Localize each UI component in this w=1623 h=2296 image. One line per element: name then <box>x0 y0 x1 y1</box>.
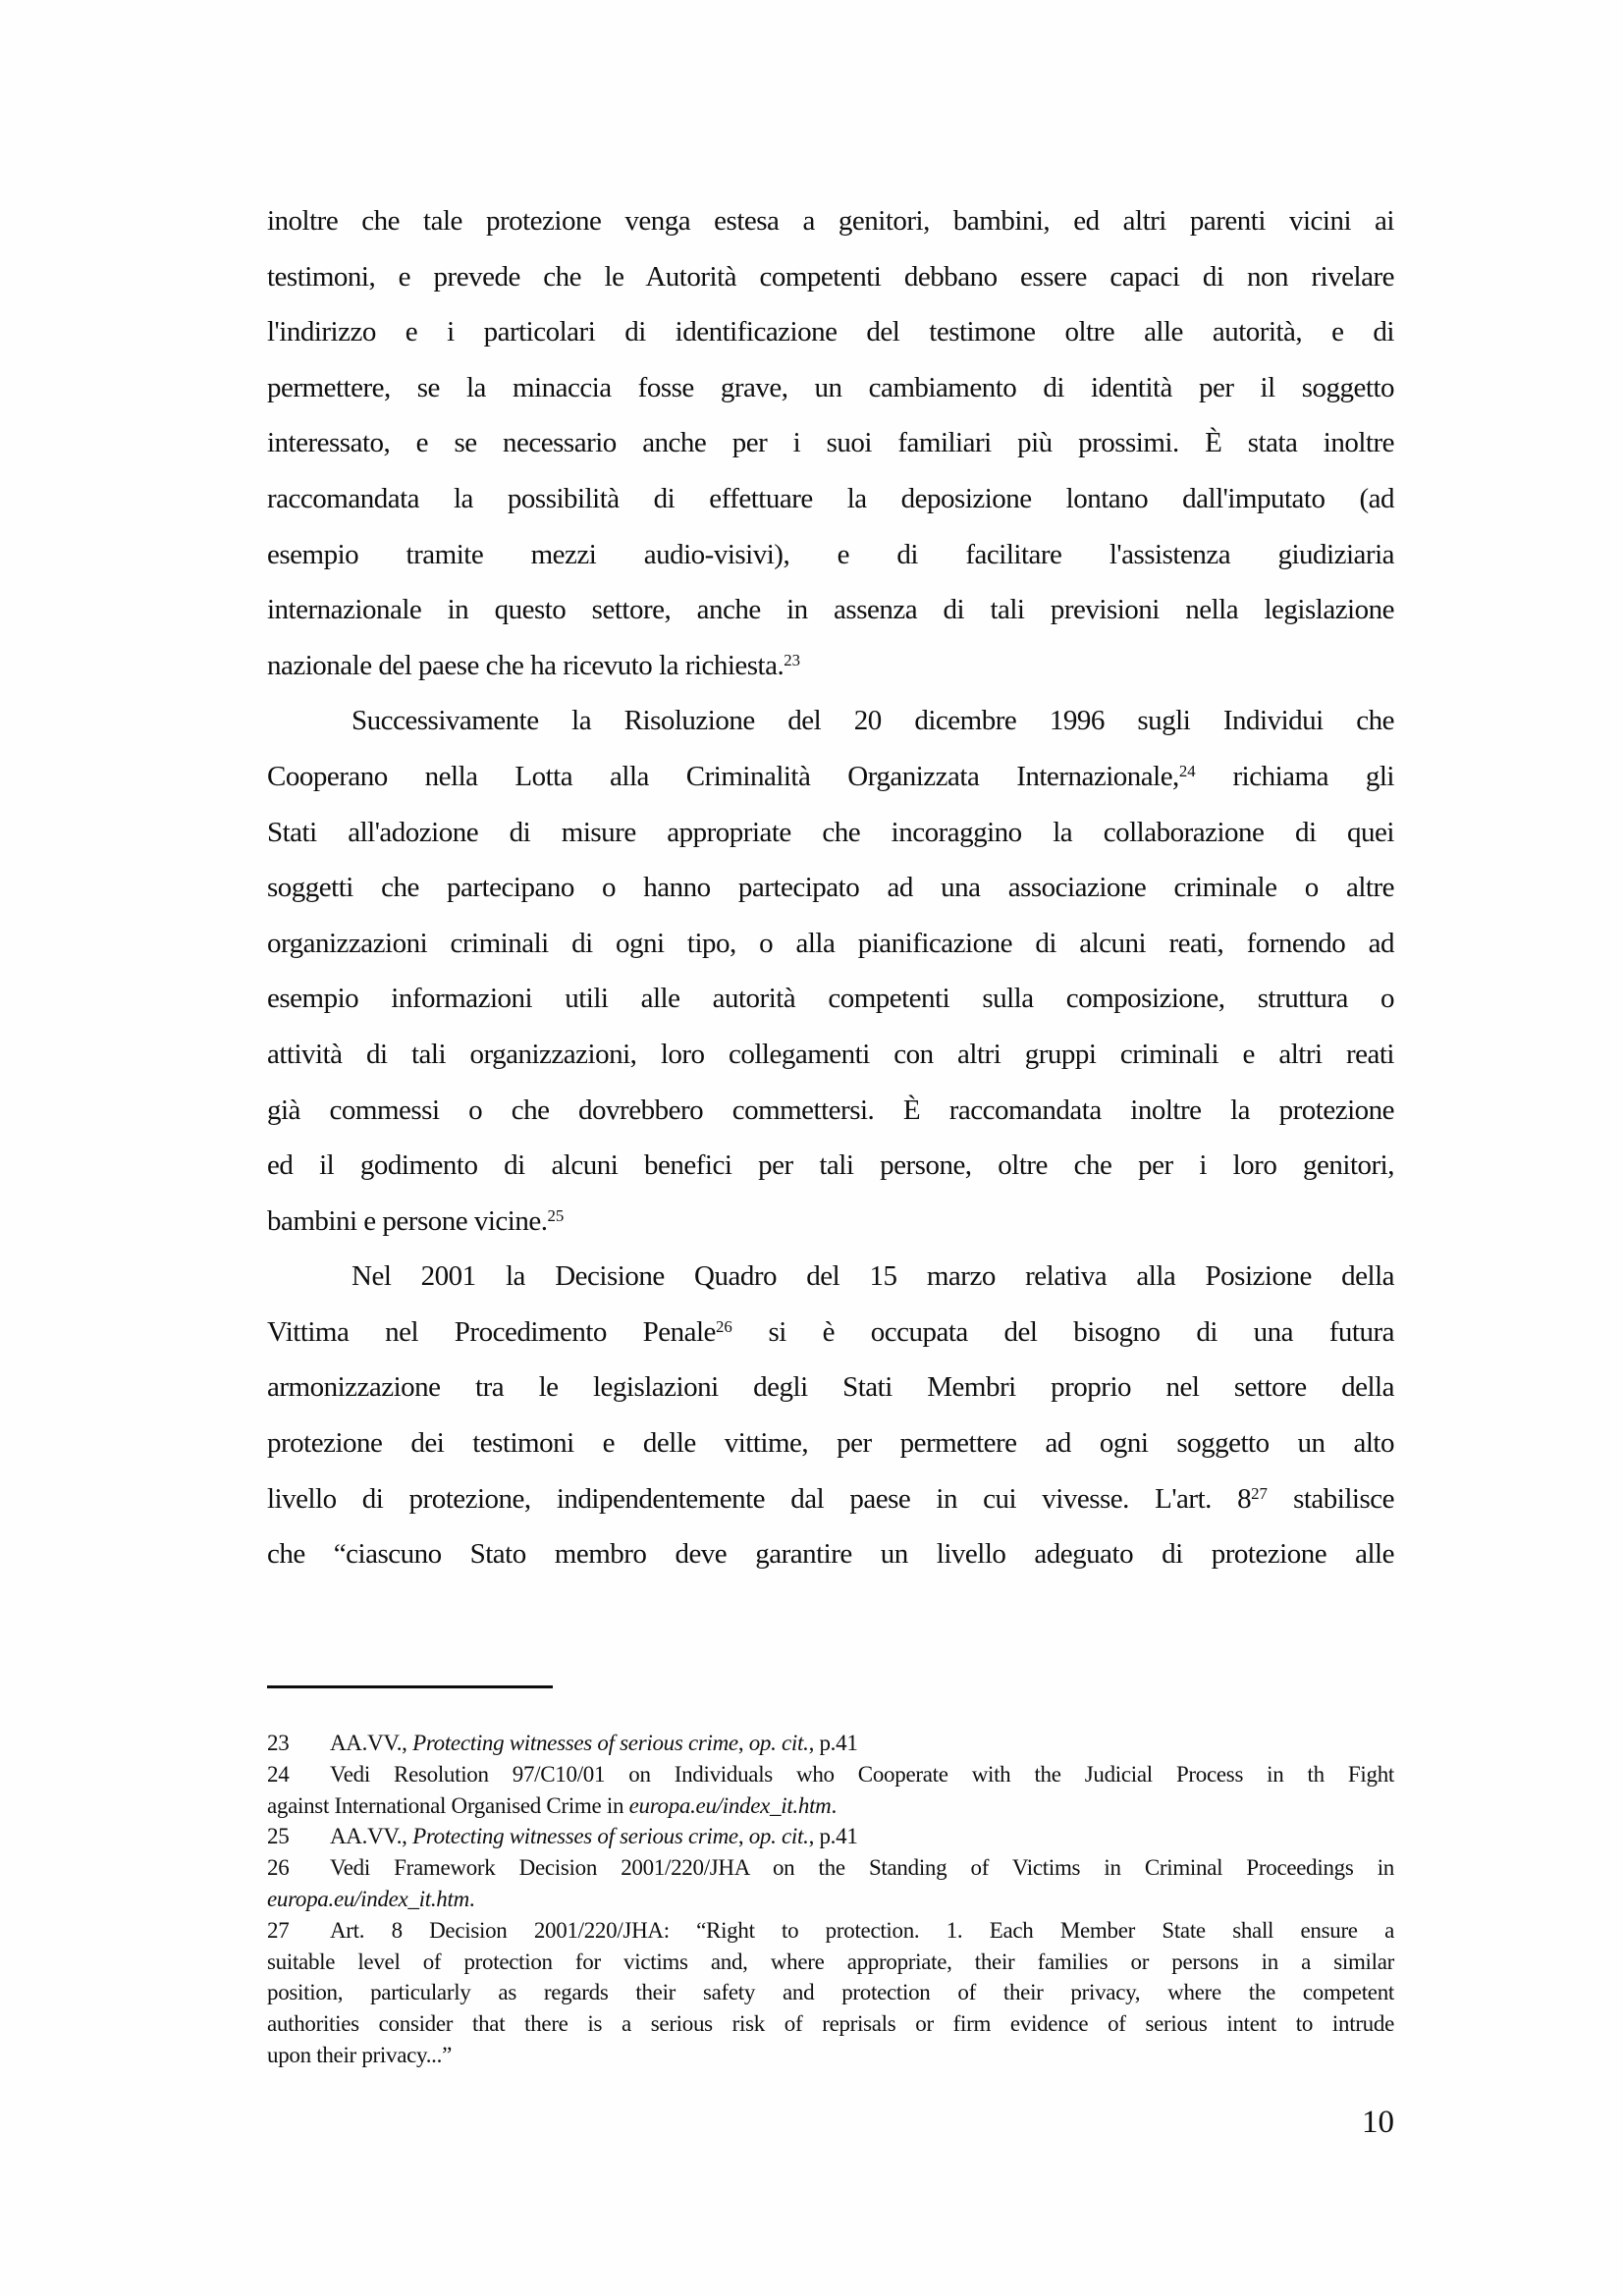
footnote-number: 24 <box>267 1759 330 1790</box>
footnote-line: against International Organised Crime in… <box>267 1790 1394 1822</box>
italic-text: Protecting witnesses of serious crime <box>412 1824 738 1848</box>
text-line: l'indirizzo e i particolari di identific… <box>267 304 1394 360</box>
text-line: Nel 2001 la Decisione Quadro del 15 marz… <box>267 1249 1394 1305</box>
footnote-line: europa.eu/index_it.htm. <box>267 1884 1394 1915</box>
italic-text: Protecting witnesses of serious crime <box>412 1731 738 1755</box>
text-line: armonizzazione tra le legislazioni degli… <box>267 1360 1394 1415</box>
footnote-line: suitable level of protection for victims… <box>267 1947 1394 1978</box>
text-line: soggetti che partecipano o hanno parteci… <box>267 860 1394 916</box>
footnote-reference: 23 <box>784 651 800 669</box>
footnote-line: authorities consider that there is a ser… <box>267 2008 1394 2040</box>
paragraph-1: inoltre che tale protezione venga estesa… <box>267 193 1394 693</box>
footnote-separator <box>267 1685 553 1688</box>
text-line: nazionale del paese che ha ricevuto la r… <box>267 638 1394 694</box>
footnote-line: 26Vedi Framework Decision 2001/220/JHA o… <box>267 1852 1394 1884</box>
text-line: Cooperano nella Lotta alla Criminalità O… <box>267 749 1394 805</box>
text-line: attività di tali organizzazioni, loro co… <box>267 1027 1394 1083</box>
text-line: permettere, se la minaccia fosse grave, … <box>267 360 1394 416</box>
footnote-26: 26Vedi Framework Decision 2001/220/JHA o… <box>267 1852 1394 1915</box>
paragraph-3: Nel 2001 la Decisione Quadro del 15 marz… <box>267 1249 1394 1582</box>
footnote-line: 27Art. 8 Decision 2001/220/JHA: “Right t… <box>267 1915 1394 1947</box>
footnote-number: 26 <box>267 1852 330 1884</box>
text-line: Vittima nel Procedimento Penale26 si è o… <box>267 1305 1394 1361</box>
text-line: protezione dei testimoni e delle vittime… <box>267 1415 1394 1471</box>
footnote-line: 24Vedi Resolution 97/C10/01 on Individua… <box>267 1759 1394 1790</box>
text-line: inoltre che tale protezione venga estesa… <box>267 193 1394 249</box>
text-line: Successivamente la Risoluzione del 20 di… <box>267 693 1394 749</box>
footnote-line: 25AA.VV., Protecting witnesses of seriou… <box>267 1821 1394 1852</box>
italic-text: europa.eu/index_it.htm <box>629 1793 832 1818</box>
footnote-23: 23AA.VV., Protecting witnesses of seriou… <box>267 1728 1394 1759</box>
italic-text: op. cit. <box>749 1824 809 1848</box>
footnote-24: 24Vedi Resolution 97/C10/01 on Individua… <box>267 1759 1394 1822</box>
text-line: raccomandata la possibilità di effettuar… <box>267 471 1394 527</box>
footnote-number: 25 <box>267 1821 330 1852</box>
footnote-reference: 27 <box>1251 1483 1268 1502</box>
document-page: inoltre che tale protezione venga estesa… <box>0 0 1623 2296</box>
main-text-block: inoltre che tale protezione venga estesa… <box>267 193 1394 1582</box>
footnote-25: 25AA.VV., Protecting witnesses of seriou… <box>267 1821 1394 1852</box>
footnote-27: 27Art. 8 Decision 2001/220/JHA: “Right t… <box>267 1915 1394 2071</box>
footnote-reference: 24 <box>1179 762 1196 780</box>
text-line: esempio tramite mezzi audio-visivi), e d… <box>267 527 1394 583</box>
text-line: esempio informazioni utili alle autorità… <box>267 971 1394 1027</box>
footnote-line: 23AA.VV., Protecting witnesses of seriou… <box>267 1728 1394 1759</box>
footnote-number: 27 <box>267 1915 330 1947</box>
text-line: internazionale in questo settore, anche … <box>267 582 1394 638</box>
footnote-line: upon their privacy...” <box>267 2040 1394 2071</box>
page-number: 10 <box>267 2105 1394 2141</box>
text-line: bambini e persone vicine.25 <box>267 1194 1394 1250</box>
text-line: già commessi o che dovrebbero commetters… <box>267 1083 1394 1139</box>
text-line: testimoni, e prevede che le Autorità com… <box>267 249 1394 305</box>
text-line: Stati all'adozione di misure appropriate… <box>267 805 1394 861</box>
footnotes-section: 23AA.VV., Protecting witnesses of seriou… <box>267 1728 1394 2071</box>
text-line: ed il godimento di alcuni benefici per t… <box>267 1138 1394 1194</box>
text-line: organizzazioni criminali di ogni tipo, o… <box>267 916 1394 972</box>
text-line: che “ciascuno Stato membro deve garantir… <box>267 1526 1394 1582</box>
text-line: livello di protezione, indipendentemente… <box>267 1471 1394 1527</box>
italic-text: op. cit. <box>749 1731 809 1755</box>
italic-text: europa.eu/index_it.htm <box>267 1887 469 1911</box>
footnote-reference: 25 <box>547 1205 564 1224</box>
text-line: interessato, e se necessario anche per i… <box>267 415 1394 471</box>
footnote-number: 23 <box>267 1728 330 1759</box>
footnote-line: position, particularly as regards their … <box>267 1977 1394 2008</box>
paragraph-2: Successivamente la Risoluzione del 20 di… <box>267 693 1394 1249</box>
footnote-reference: 26 <box>716 1317 732 1336</box>
